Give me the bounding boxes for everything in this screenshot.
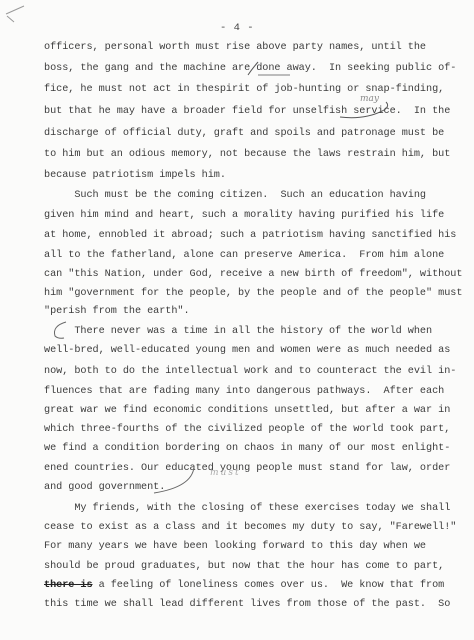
document-page: - 4 - officers, personal worth must rise… bbox=[0, 0, 474, 640]
struck-text: there is bbox=[44, 580, 93, 591]
page-number: - 4 - bbox=[0, 22, 474, 34]
text-line: all to the fatherland, alone can preserv… bbox=[44, 250, 444, 262]
text-line: ened countries. Our educated young peopl… bbox=[44, 463, 450, 475]
text-line: Such must be the coming citizen. Such an… bbox=[44, 190, 426, 202]
text-line: which three-fourths of the civilized peo… bbox=[44, 424, 450, 436]
text-line: fice, he must not act in thespirit of jo… bbox=[44, 84, 444, 96]
text-line: "perish from the earth". bbox=[44, 306, 190, 318]
text-line: to him but an odious memory, not because… bbox=[44, 149, 450, 161]
text-line: should be proud graduates, but now that … bbox=[44, 561, 444, 573]
text-line: there is a feeling of loneliness comes o… bbox=[44, 580, 444, 592]
text-line: and good government. bbox=[44, 482, 165, 494]
text-line: There never was a time in all the histor… bbox=[44, 326, 432, 338]
text-span: a feeling of loneliness comes over us. W… bbox=[93, 580, 445, 591]
text-line: can "this Nation, under God, receive a n… bbox=[44, 269, 462, 281]
text-line: this time we shall lead different lives … bbox=[44, 599, 450, 611]
text-line: cease to exist as a class and it becomes… bbox=[44, 522, 456, 534]
text-line: him "government for the people, by the p… bbox=[44, 288, 462, 300]
text-line: now, both to do the intellectual work an… bbox=[44, 366, 456, 378]
text-line: because patriotism impels him. bbox=[44, 170, 226, 182]
text-line: My friends, with the closing of these ex… bbox=[44, 503, 450, 515]
text-line: boss, the gang and the machine are done … bbox=[44, 63, 456, 75]
text-line: we find a condition bordering on chaos i… bbox=[44, 443, 450, 455]
text-line: but that he may have a broader field for… bbox=[44, 106, 450, 118]
text-line: great war we find economic conditions un… bbox=[44, 405, 450, 417]
text-line: discharge of official duty, graft and sp… bbox=[44, 128, 444, 140]
text-line: fluences that are fading many into dange… bbox=[44, 386, 444, 398]
text-line: given him mind and heart, such a moralit… bbox=[44, 210, 444, 222]
text-line: For many years we have been looking forw… bbox=[44, 541, 426, 553]
text-line: at home, ennobled it abroad; such a patr… bbox=[44, 230, 456, 242]
text-line: well-bred, well-educated young men and w… bbox=[44, 345, 450, 357]
text-line: officers, personal worth must rise above… bbox=[44, 42, 426, 54]
